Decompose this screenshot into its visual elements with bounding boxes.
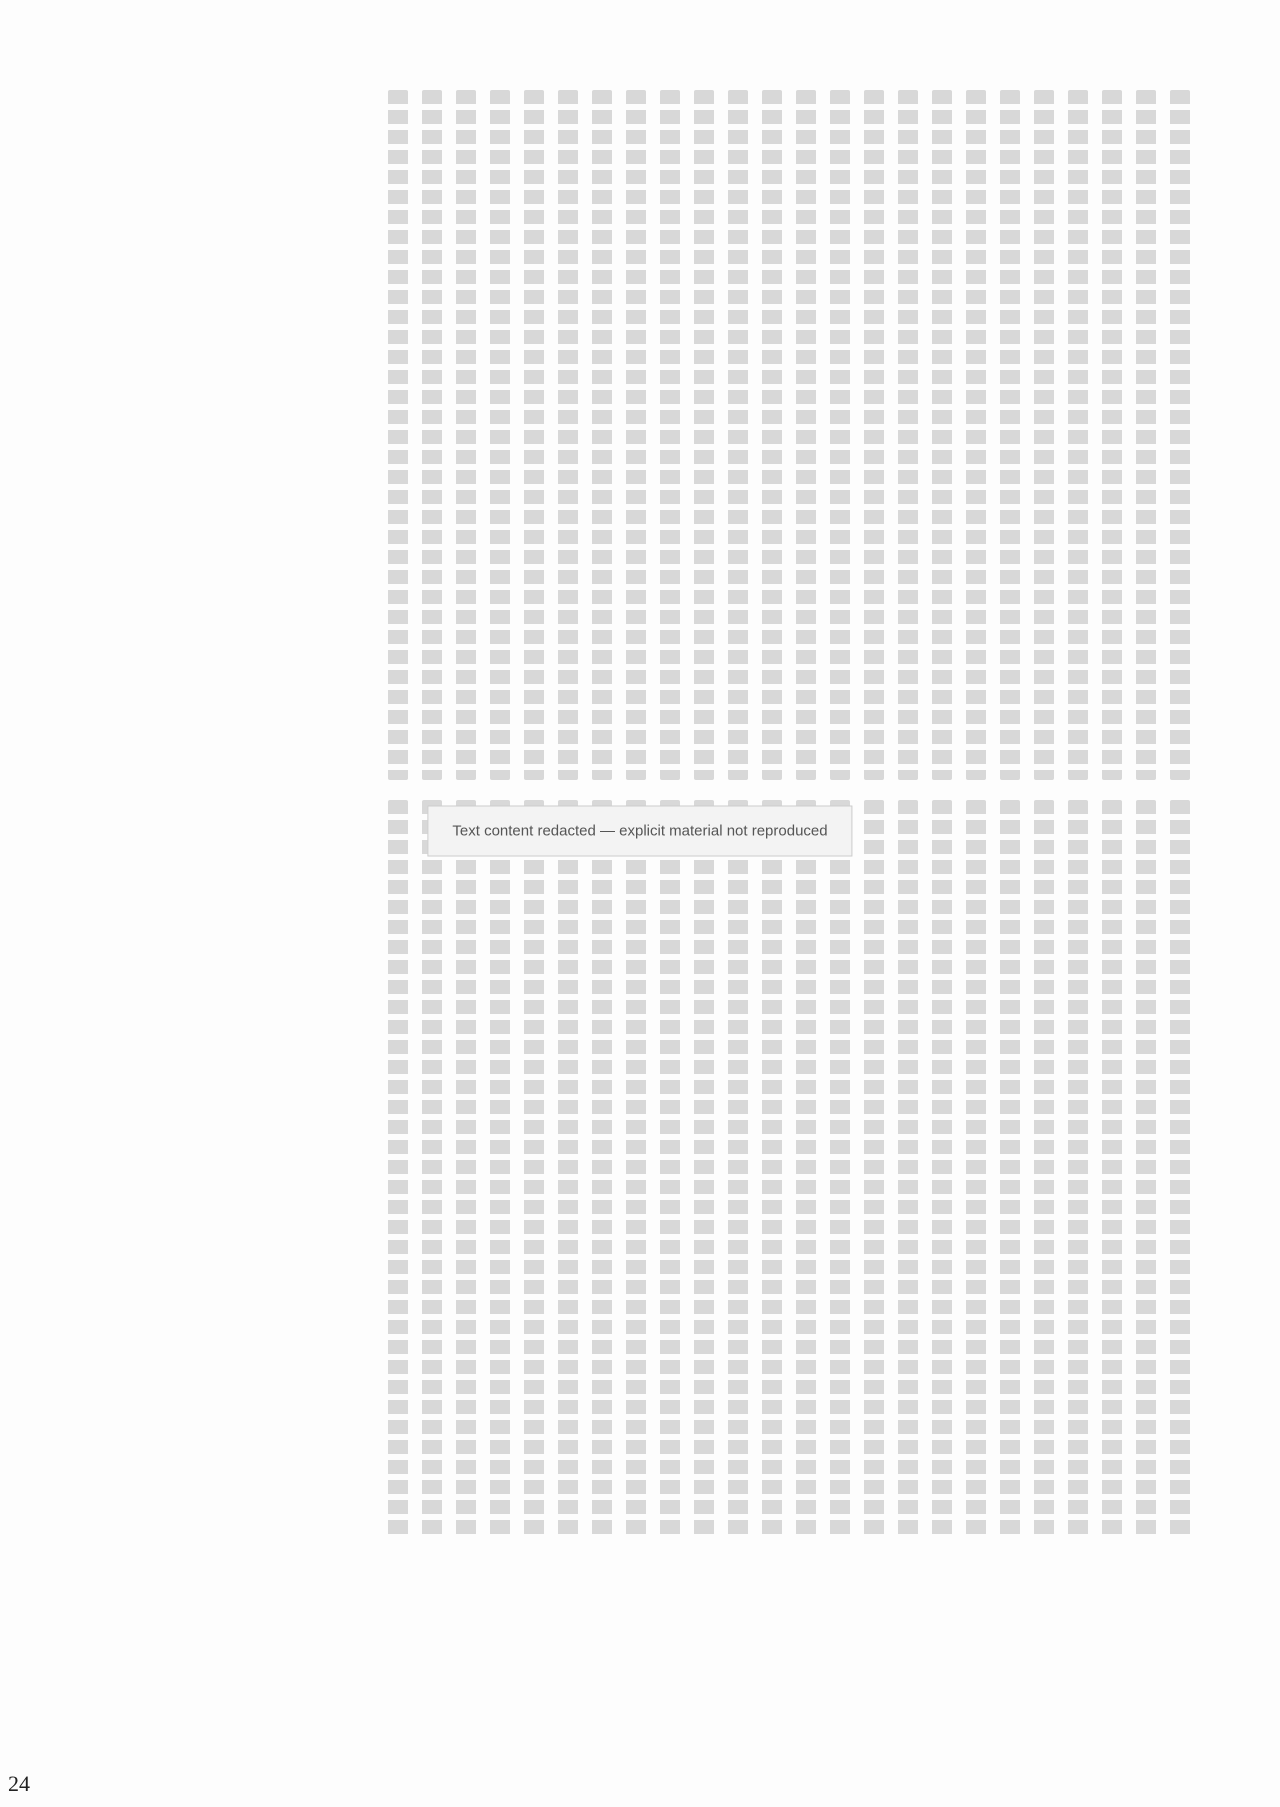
redacted-text-column (388, 800, 408, 1540)
redaction-notice: Text content redacted — explicit materia… (427, 806, 852, 857)
redacted-text-column (524, 90, 544, 780)
redacted-text-column (728, 800, 748, 1540)
redacted-text-column (660, 90, 680, 780)
redacted-text-column (864, 800, 884, 1540)
redacted-text-column (1068, 90, 1088, 780)
redacted-text-column (490, 800, 510, 1540)
redacted-text-column (422, 90, 442, 780)
redacted-text-column (830, 800, 850, 1540)
redacted-text-column (388, 90, 408, 780)
redacted-text-column (1000, 800, 1020, 1540)
redacted-text-column (626, 90, 646, 780)
redacted-text-column (1034, 800, 1054, 1540)
redacted-text-column (1068, 800, 1088, 1540)
redacted-text-column (694, 800, 714, 1540)
redacted-text-column (966, 90, 986, 780)
redacted-text-column (592, 90, 612, 780)
redacted-text-column (1034, 90, 1054, 780)
redacted-text-column (796, 90, 816, 780)
redacted-text-column (456, 800, 476, 1540)
redacted-text-column (1102, 800, 1122, 1540)
redacted-text-column (1000, 90, 1020, 780)
redacted-text-column (796, 800, 816, 1540)
redacted-text-column (830, 90, 850, 780)
redacted-text-column (524, 800, 544, 1540)
redacted-text-column (966, 800, 986, 1540)
redacted-text-column (932, 800, 952, 1540)
redacted-text-column (898, 90, 918, 780)
redacted-text-column (592, 800, 612, 1540)
text-block-top (120, 90, 1190, 780)
redacted-text-column (558, 90, 578, 780)
redacted-text-column (1136, 90, 1156, 780)
redacted-text-column (490, 90, 510, 780)
redacted-text-column (694, 90, 714, 780)
redacted-text-column (626, 800, 646, 1540)
redacted-text-column (660, 800, 680, 1540)
redacted-text-column (1170, 90, 1190, 780)
redacted-text-column (422, 800, 442, 1540)
redacted-text-column (1136, 800, 1156, 1540)
document-page: Text content redacted — explicit materia… (0, 0, 1280, 1807)
redacted-text-column (864, 90, 884, 780)
page-number: 24 (8, 1771, 30, 1797)
redacted-text-column (762, 90, 782, 780)
redacted-text-column (1170, 800, 1190, 1540)
redacted-text-column (728, 90, 748, 780)
redacted-text-column (932, 90, 952, 780)
redacted-text-column (898, 800, 918, 1540)
redacted-text-column (558, 800, 578, 1540)
text-block-bottom (120, 800, 1190, 1540)
redacted-text-column (456, 90, 476, 780)
redacted-text-column (762, 800, 782, 1540)
redacted-text-column (1102, 90, 1122, 780)
